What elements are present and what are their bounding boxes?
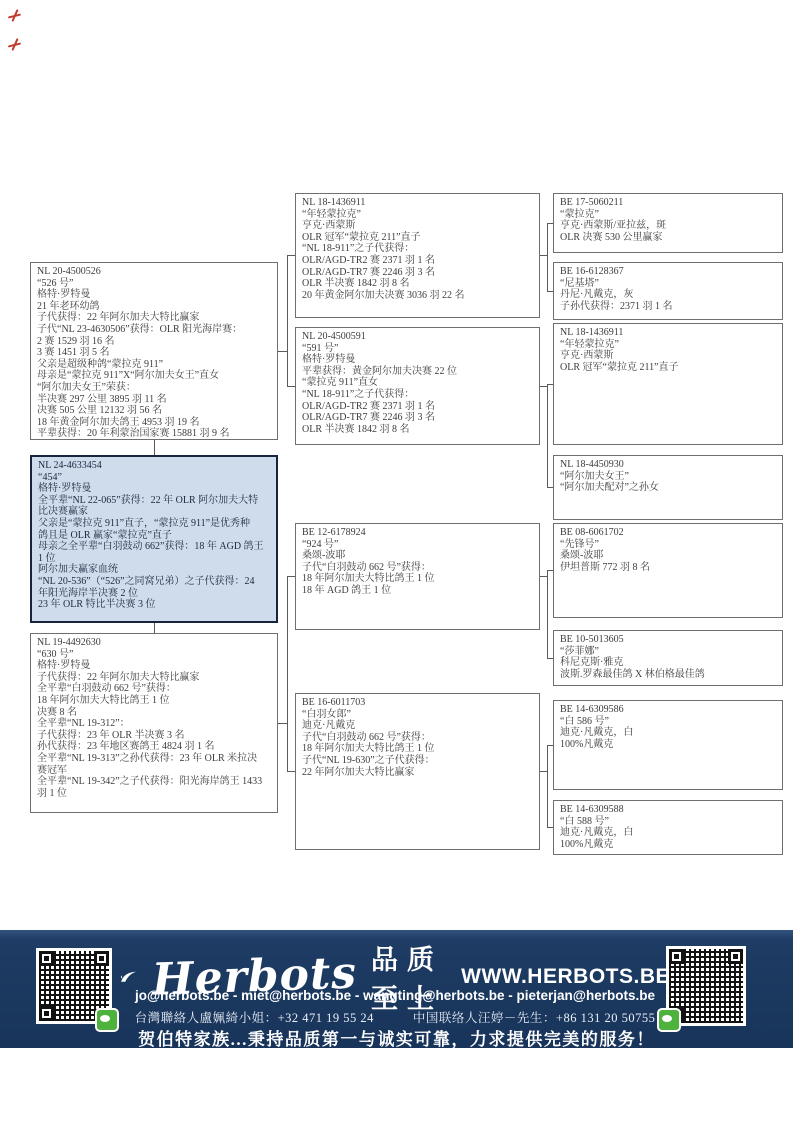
pedigree-box-BE12-6178924: BE 12-6178924“924 号”桑颂-波耶子代“白羽鼓动 662 号”获… — [295, 523, 540, 630]
pedigree-text-line: 子代获得：22 年阿尔加夫大特比赢家 — [37, 672, 271, 684]
pedigree-text-line: NL 19-4492630 — [37, 637, 271, 649]
pedigree-text-line: OLR 决赛 530 公里赢家 — [560, 232, 776, 244]
pedigree-text-line: 迪克·凡戴克，白 — [560, 827, 776, 839]
pedigree-text-line: 平辈获得：20 年利蒙治国家赛 15881 羽 9 名 — [37, 428, 271, 440]
pedigree-text-line: “蒙拉克” — [560, 209, 776, 221]
pedigree-text-line: 鸽且是 OLR 赢家“蒙拉克”直子 — [38, 530, 270, 542]
pedigree-text-line: 决赛 8 名 — [37, 707, 271, 719]
pedigree-box-BE08-6061702: BE 08-6061702“先锋号”桑颂-波耶伊坦普斯 772 羽 8 名 — [553, 523, 783, 618]
pedigree-text-line: 年阳光海岸半决赛 2 位 — [38, 588, 270, 600]
pedigree-text-line: “526 号” — [37, 278, 271, 290]
pedigree-text-line: OLR 冠军“蒙拉克 211”直子 — [302, 232, 533, 244]
connector-line — [547, 487, 553, 488]
pedigree-box-BE16-6011703: BE 16-6011703“白羽女郎”迪克·凡戴克子代“白羽鼓动 662 号”获… — [295, 693, 540, 850]
website-url: WWW.HERBOTS.BE — [461, 965, 670, 989]
pedigree-text-line: 亨克·西蒙斯 — [560, 350, 776, 362]
pedigree-text-line: BE 14-6309588 — [560, 804, 776, 816]
pedigree-text-line: 100%凡戴克 — [560, 739, 776, 751]
pedigree-text-line: “尼基塔” — [560, 278, 776, 290]
pedigree-text-line: “白羽女郎” — [302, 709, 533, 721]
pedigree-text-line: 迪克·凡戴克 — [302, 720, 533, 732]
pedigree-text-line: NL 24-4633454 — [38, 460, 270, 472]
pedigree-box-NL18-1436911-2: NL 18-1436911“年轻蒙拉克”亨克·西蒙斯OLR 冠军“蒙拉克 211… — [553, 323, 783, 445]
pedigree-text-line: 全平辈“NL 19-313”之孙代获得：23 年 OLR 米拉决 — [37, 753, 271, 765]
pedigree-text-line: OLR/AGD-TR2 赛 2371 羽 1 名 — [302, 255, 533, 267]
pedigree-text-line: “先锋号” — [560, 539, 776, 551]
pedigree-box-NL18-1436911: NL 18-1436911“年轻蒙拉克”亨克·西蒙斯OLR 冠军“蒙拉克 211… — [295, 193, 540, 318]
connector-line — [154, 440, 155, 455]
pedigree-box-BE17-5060211: BE 17-5060211“蒙拉克”亨克·西蒙斯/亚拉兹，斑OLR 决赛 530… — [553, 193, 783, 253]
contact-emails: jo@herbots.be - miet@herbots.be - wangti… — [80, 988, 710, 1003]
red-hand-mark-2 — [8, 38, 21, 51]
pedigree-text-line: BE 17-5060211 — [560, 197, 776, 209]
pedigree-text-line: “NL 20-536”（“526”之同窝兄弟）之子代获得：24 — [38, 576, 270, 588]
connector-line — [547, 745, 548, 827]
pedigree-text-line: “NL 18-911”之子代获得： — [302, 243, 533, 255]
connector-line — [547, 223, 548, 292]
connector-line — [547, 291, 553, 292]
pedigree-text-line: BE 14-6309586 — [560, 704, 776, 716]
pedigree-text-line: 18 年黄金阿尔加夫鸽王 4953 羽 19 名 — [37, 417, 271, 429]
pedigree-text-line: 18 年阿尔加夫大特比鸽王 1 位 — [37, 695, 271, 707]
pedigree-page: NL 20-4500526“526 号”格特·罗特曼21 年老环幼鸽子代获得：2… — [0, 0, 793, 1122]
pedigree-text-line: BE 16-6011703 — [302, 697, 533, 709]
pedigree-text-line: 18 年阿尔加夫大特比鸽王 1 位 — [302, 573, 533, 585]
connector-line — [278, 723, 287, 724]
pedigree-text-line: 全平辈“NL 19-312”： — [37, 718, 271, 730]
connector-line — [287, 771, 295, 772]
pedigree-text-line: 3 赛 1451 羽 5 名 — [37, 347, 271, 359]
pedigree-text-line: 母亲之全平辈“白羽鼓动 662”获得：18 年 AGD 鸽王 — [38, 541, 270, 553]
pedigree-text-line: 子孙代获得：2371 羽 1 名 — [560, 301, 776, 313]
connector-line — [547, 745, 553, 746]
pedigree-text-line: 18 年 AGD 鸽王 1 位 — [302, 585, 533, 597]
pedigree-text-line: “NL 18-911”之子代获得： — [302, 389, 533, 401]
pedigree-text-line: 比决赛赢家 — [38, 506, 270, 518]
pedigree-text-line: 迪克·凡戴克，白 — [560, 727, 776, 739]
pedigree-text-line: “白 588 号” — [560, 816, 776, 828]
pedigree-text-line: 丹尼·凡戴克，灰 — [560, 289, 776, 301]
connector-line — [547, 658, 553, 659]
pedigree-box-BE14-6309586: BE 14-6309586“白 586 号”迪克·凡戴克，白100%凡戴克 — [553, 700, 783, 790]
connector-line — [547, 570, 553, 571]
pedigree-box-BE16-6128367: BE 16-6128367“尼基塔”丹尼·凡戴克，灰子孙代获得：2371 羽 1… — [553, 262, 783, 320]
pedigree-box-sire-NL20-4500526: NL 20-4500526“526 号”格特·罗特曼21 年老环幼鸽子代获得：2… — [30, 262, 278, 440]
pedigree-text-line: 21 年老环幼鸽 — [37, 301, 271, 313]
pedigree-text-line: 伊坦普斯 772 羽 8 名 — [560, 562, 776, 574]
pedigree-text-line: NL 18-1436911 — [560, 327, 776, 339]
connector-line — [547, 384, 553, 385]
pedigree-text-line: 23 年 OLR 特比半决赛 3 位 — [38, 599, 270, 611]
pedigree-text-line: 平辈获得：黄金阿尔加夫决赛 22 位 — [302, 366, 533, 378]
pedigree-text-line: 格特·罗特曼 — [37, 289, 271, 301]
pedigree-text-line: 全平辈“NL 22-065”获得：22 年 OLR 阿尔加夫大特 — [38, 495, 270, 507]
connector-line — [547, 570, 548, 658]
pedigree-text-line: OLR/AGD-TR7 赛 2246 羽 3 名 — [302, 267, 533, 279]
pedigree-text-line: BE 08-6061702 — [560, 527, 776, 539]
pedigree-text-line: OLR 半决赛 1842 羽 8 名 — [302, 278, 533, 290]
pedigree-text-line: “蒙拉克 911”直女 — [302, 377, 533, 389]
pedigree-text-line: NL 20-4500591 — [302, 331, 533, 343]
pedigree-text-line: 子代获得：23 年 OLR 半决赛 3 名 — [37, 730, 271, 742]
pedigree-text-line: OLR 半决赛 1842 羽 8 名 — [302, 424, 533, 436]
pedigree-text-line: 羽 1 位 — [37, 788, 271, 800]
pedigree-box-BE14-6309588: BE 14-6309588“白 588 号”迪克·凡戴克，白100%凡戴克 — [553, 800, 783, 855]
pedigree-text-line: 母亲是“蒙拉克 911”X“阿尔加夫女王”直女 — [37, 370, 271, 382]
pedigree-text-line: 决赛 505 公里 12132 羽 56 名 — [37, 405, 271, 417]
pedigree-text-line: OLR 冠军“蒙拉克 211”直子 — [560, 362, 776, 374]
feather-icon — [120, 964, 138, 990]
connector-line — [287, 576, 288, 771]
connector-line — [287, 386, 295, 387]
connector-line — [287, 255, 288, 386]
pedigree-text-line: 阿尔加夫赢家血统 — [38, 564, 270, 576]
pedigree-box-BE10-5013605: BE 10-5013605“莎菲娜”科尼克斯·雅克波斯.罗森最佳鸽 X 林伯格最… — [553, 630, 783, 686]
pedigree-text-line: “454” — [38, 472, 270, 484]
pedigree-text-line: “阿尔加夫女王” — [560, 471, 776, 483]
pedigree-text-line: 子代“白羽鼓动 662 号”获得： — [302, 562, 533, 574]
pedigree-text-line: 亨克·西蒙斯 — [302, 220, 533, 232]
pedigree-text-line: “年轻蒙拉克” — [302, 209, 533, 221]
pedigree-text-line: 波斯.罗森最佳鸽 X 林伯格最佳鸽 — [560, 669, 776, 681]
connector-line — [287, 576, 295, 577]
pedigree-text-line: 父亲是超级种鸽“蒙拉克 911” — [37, 359, 271, 371]
pedigree-box-subject-NL24-4633454: NL 24-4633454“454”格特·罗特曼全平辈“NL 22-065”获得… — [30, 455, 278, 623]
contact-phones: 台灣聯絡人盧姵綺小姐：+32 471 19 55 24 中国联络人汪婷－先生：+… — [80, 1008, 710, 1026]
pedigree-text-line: 1 位 — [38, 553, 270, 565]
pedigree-box-dam-NL19-4492630: NL 19-4492630“630 号”格特·罗特曼子代获得：22 年阿尔加夫大… — [30, 633, 278, 813]
connector-line — [154, 623, 155, 633]
pedigree-text-line: NL 20-4500526 — [37, 266, 271, 278]
pedigree-text-line: “924 号” — [302, 539, 533, 551]
pedigree-text-line: 2 赛 1529 羽 16 名 — [37, 336, 271, 348]
pedigree-box-NL20-4500591: NL 20-4500591“591 号”格特·罗特曼平辈获得：黄金阿尔加夫决赛 … — [295, 327, 540, 445]
pedigree-text-line: “莎菲娜” — [560, 646, 776, 658]
pedigree-text-line: 20 年黄金阿尔加夫决赛 3036 羽 22 名 — [302, 290, 533, 302]
pedigree-text-line: NL 18-1436911 — [302, 197, 533, 209]
pedigree-text-line: 全平辈“NL 19-342”之子代获得：阳光海岸鸽王 1433 — [37, 776, 271, 788]
footer-band: Herbots 品质至上 WWW.HERBOTS.BE jo@herbots.b… — [0, 930, 793, 1048]
pedigree-text-line: BE 16-6128367 — [560, 266, 776, 278]
connector-line — [540, 771, 547, 772]
pedigree-text-line: 子代“白羽鼓动 662 号”获得： — [302, 732, 533, 744]
connector-line — [540, 576, 547, 577]
pedigree-text-line: 半决赛 297 公里 3895 羽 11 名 — [37, 394, 271, 406]
pedigree-text-line: “年轻蒙拉克” — [560, 339, 776, 351]
pedigree-text-line: “阿尔加夫女王”荣获： — [37, 382, 271, 394]
pedigree-text-line: 孙代获得：23 年地区赛鸽王 4824 羽 1 名 — [37, 741, 271, 753]
pedigree-text-line: 赛冠军 — [37, 765, 271, 777]
footer-slogan: 贺伯特家族...秉持品质第一与诚实可靠，力求提供完美的服务！ — [40, 1025, 753, 1050]
connector-line — [540, 386, 547, 387]
pedigree-text-line: 子代“NL 23-4630506”获得：OLR 阳光海岸赛： — [37, 324, 271, 336]
pedigree-text-line: 桑颂-波耶 — [302, 550, 533, 562]
pedigree-text-line: OLR/AGD-TR7 赛 2246 羽 3 名 — [302, 412, 533, 424]
pedigree-text-line: 格特·罗特曼 — [38, 483, 270, 495]
pedigree-text-line: “630 号” — [37, 649, 271, 661]
pedigree-box-NL18-4450930: NL 18-4450930“阿尔加夫女王”“阿尔加夫配对”之孙女 — [553, 455, 783, 520]
pedigree-text-line: 科尼克斯·雅克 — [560, 657, 776, 669]
pedigree-text-line: “591 号” — [302, 343, 533, 355]
pedigree-text-line: 18 年阿尔加夫大特比鸽王 1 位 — [302, 743, 533, 755]
pedigree-text-line: NL 18-4450930 — [560, 459, 776, 471]
pedigree-text-line: 亨克·西蒙斯/亚拉兹，斑 — [560, 220, 776, 232]
connector-line — [547, 827, 553, 828]
pedigree-text-line: “白 586 号” — [560, 716, 776, 728]
pedigree-text-line: 格特·罗特曼 — [37, 660, 271, 672]
pedigree-text-line: 子代获得：22 年阿尔加夫大特比赢家 — [37, 312, 271, 324]
pedigree-text-line: “阿尔加夫配对”之孙女 — [560, 482, 776, 494]
connector-line — [540, 255, 547, 256]
pedigree-text-line: 子代“NL 19-630”之子代获得： — [302, 755, 533, 767]
connector-line — [547, 384, 548, 488]
red-hand-mark-1 — [8, 9, 21, 22]
connector-line — [287, 255, 295, 256]
connector-line — [547, 223, 553, 224]
pedigree-text-line: 父亲是“蒙拉克 911”直子，“蒙拉克 911”是优秀种 — [38, 518, 270, 530]
pedigree-text-line: 桑颂-波耶 — [560, 550, 776, 562]
pedigree-text-line: 格特·罗特曼 — [302, 354, 533, 366]
pedigree-text-line: 全平辈“白羽鼓动 662 号”获得： — [37, 683, 271, 695]
connector-line — [278, 351, 287, 352]
pedigree-text-line: 22 年阿尔加夫大特比赢家 — [302, 767, 533, 779]
pedigree-text-line: 100%凡戴克 — [560, 839, 776, 851]
pedigree-text-line: OLR/AGD-TR2 赛 2371 羽 1 名 — [302, 401, 533, 413]
tagline-quality-first: 品质至上 — [371, 938, 447, 1016]
pedigree-text-line: BE 12-6178924 — [302, 527, 533, 539]
pedigree-text-line: BE 10-5013605 — [560, 634, 776, 646]
brand-row: Herbots 品质至上 WWW.HERBOTS.BE — [120, 938, 670, 1016]
